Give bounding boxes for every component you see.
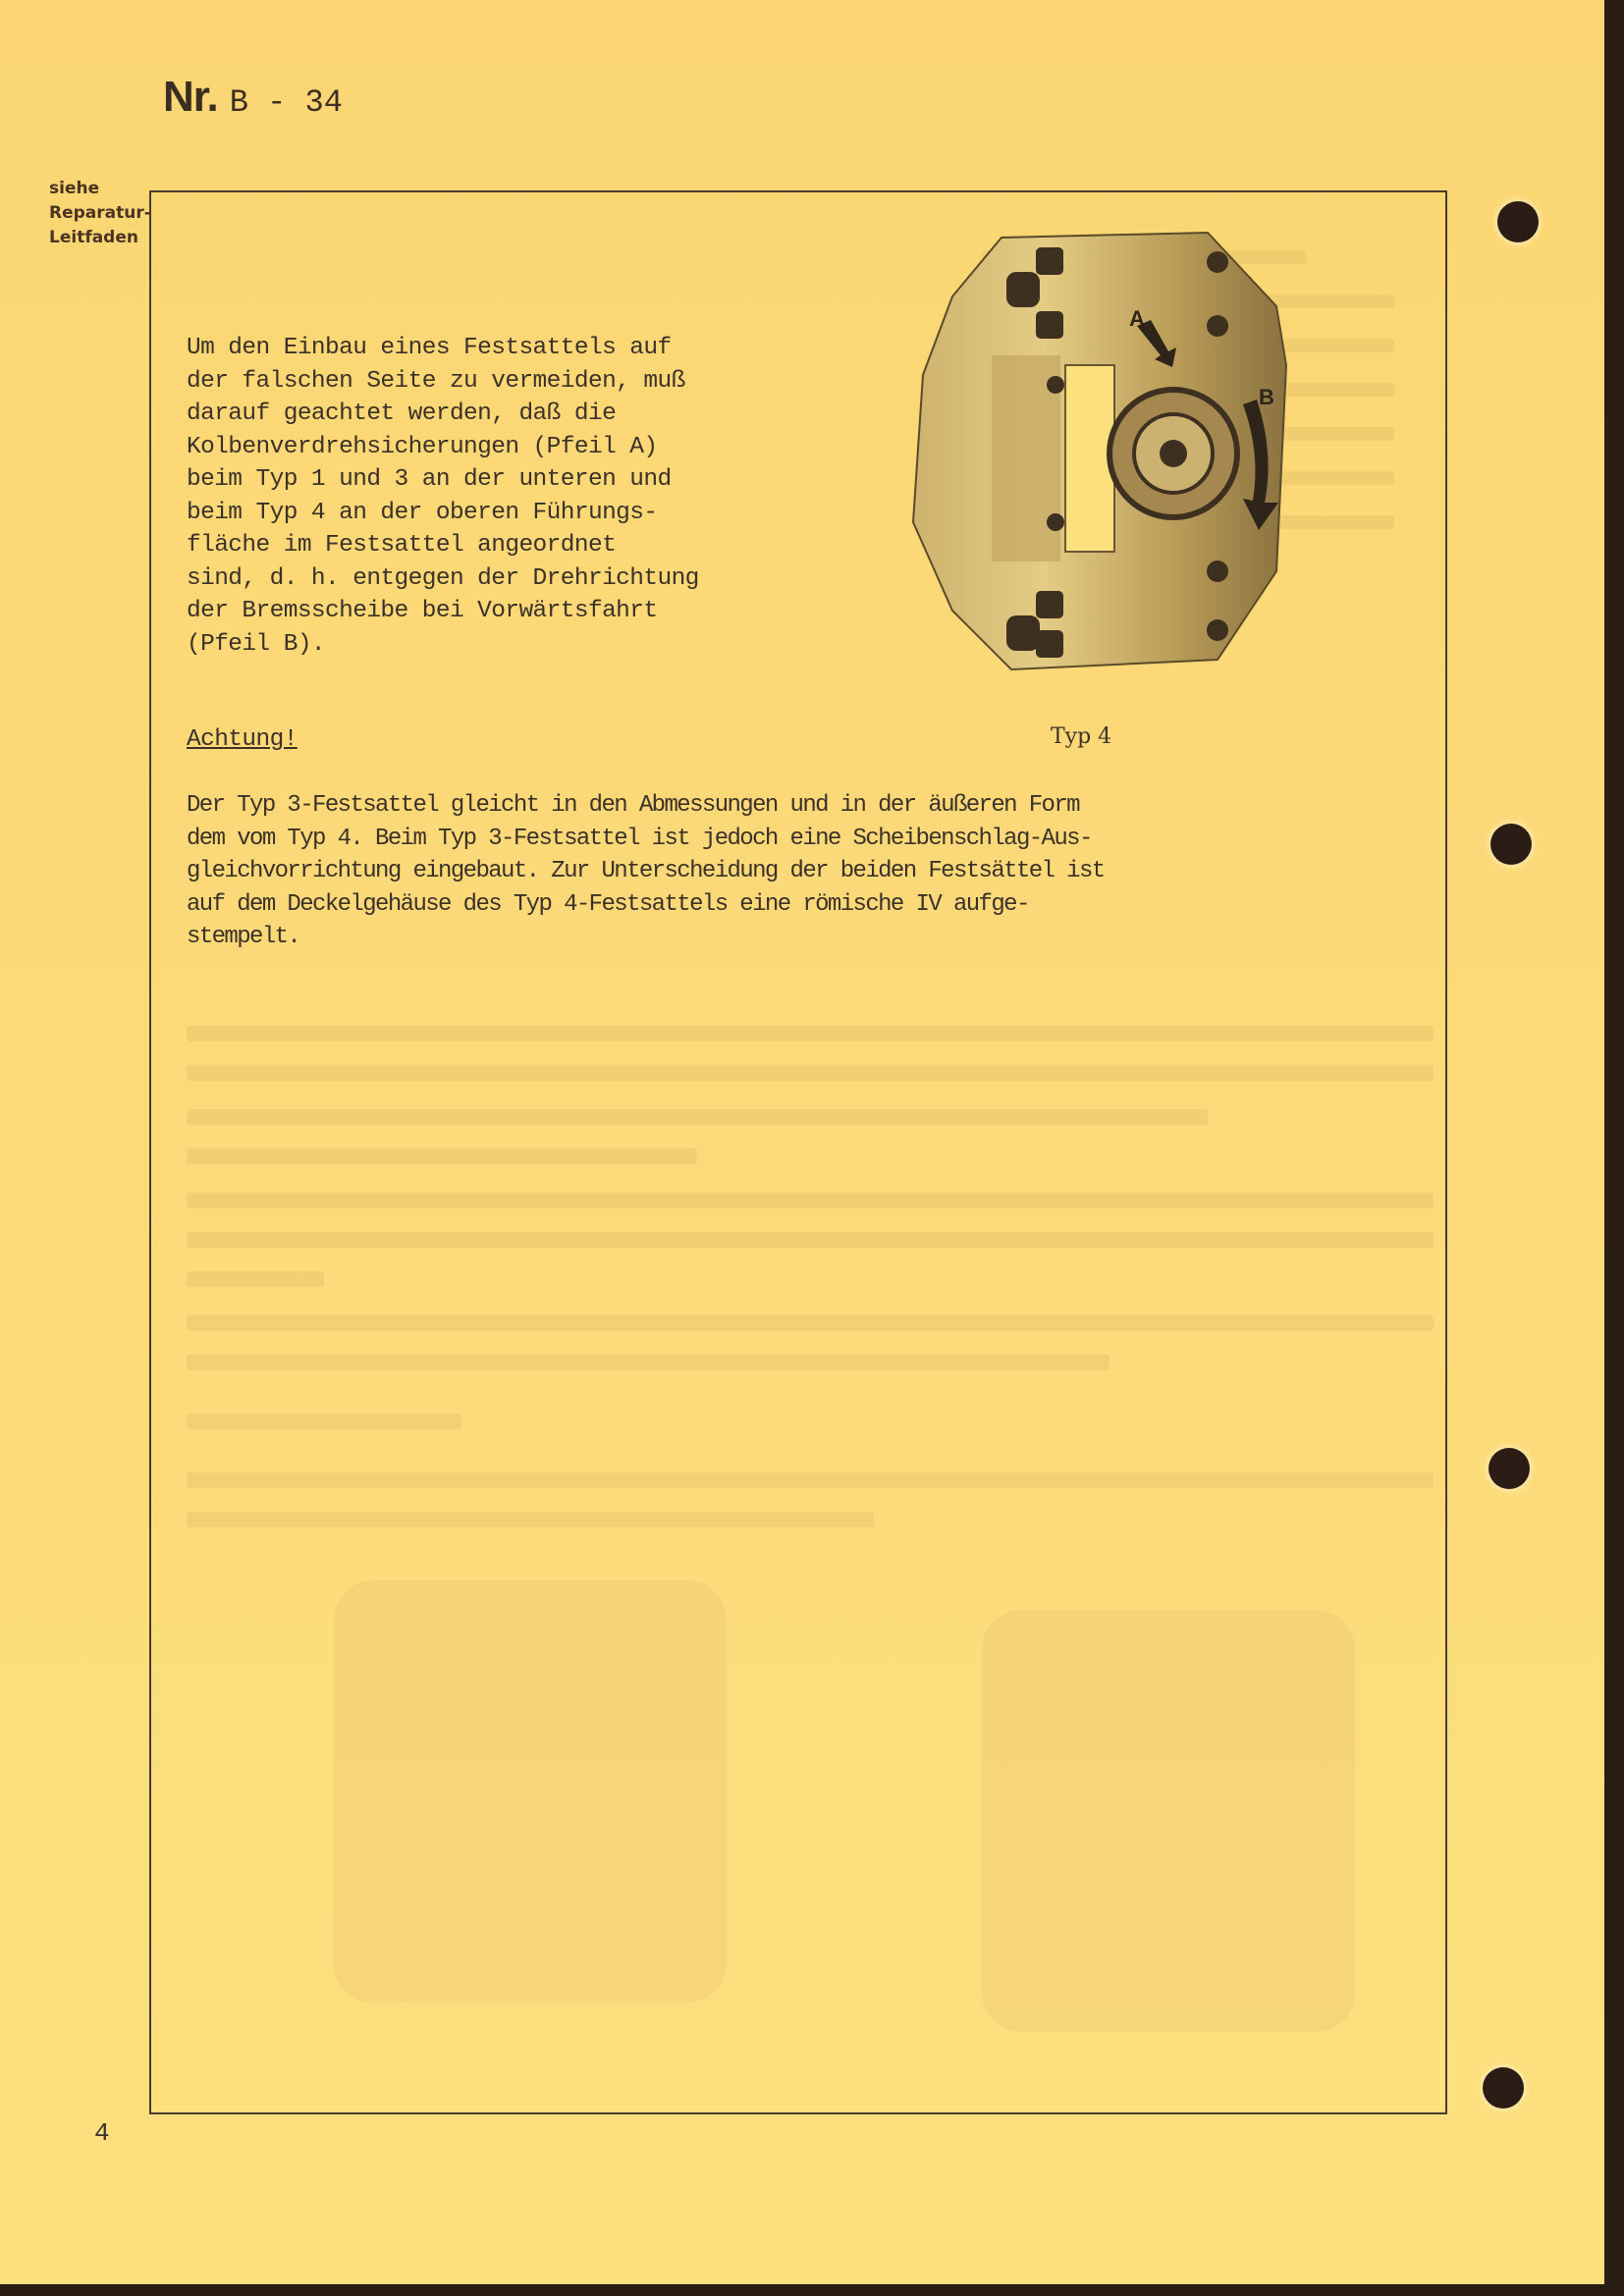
warning-paragraph: Der Typ 3-Festsattel gleicht in den Abme… (187, 789, 1453, 954)
punch-hole-icon (1489, 1448, 1530, 1489)
arrow-b-label: B (1259, 385, 1274, 410)
document-number: Nr.B - 34 (163, 73, 343, 122)
figure-caption: Typ 4 (1051, 724, 1111, 749)
nr-label: Nr. (163, 73, 218, 121)
warning-title: Achtung! (187, 723, 298, 757)
punch-hole-icon (1490, 824, 1532, 865)
brake-caliper-image (893, 218, 1306, 709)
document-page: Nr.B - 34 siehe Reparatur- Leitfaden Um … (0, 0, 1604, 2284)
caliper-figure: A B (893, 218, 1306, 709)
arrow-a-label: A (1129, 306, 1145, 332)
intro-paragraph: Um den Einbau eines Festsattels auf der … (187, 332, 815, 661)
punch-hole-icon (1497, 201, 1539, 242)
page-number: 4 (94, 2118, 110, 2148)
doc-code: B - 34 (230, 84, 343, 121)
punch-hole-icon (1483, 2067, 1524, 2109)
